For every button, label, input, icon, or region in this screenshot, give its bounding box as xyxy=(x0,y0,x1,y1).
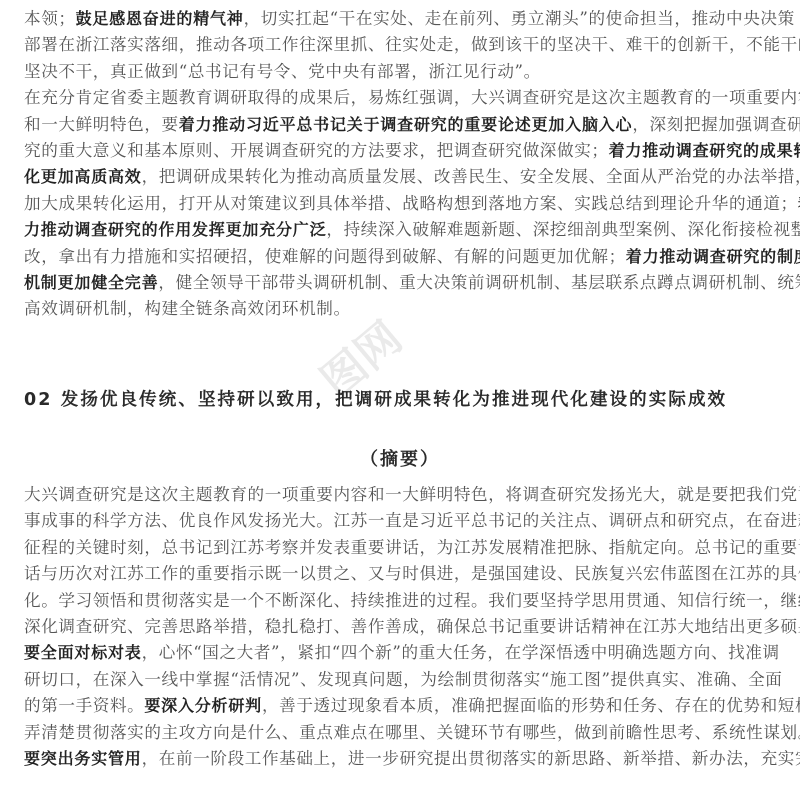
text-line: 高效调研机制，构建全链条高效闭环机制。 xyxy=(24,296,351,322)
text-run: ，善于透过现象看本质，准确把握面临的形势和任务、存在的优势和短板， xyxy=(262,696,800,715)
text-line: 究的重大意义和基本原则、开展调查研究的方法要求，把调查研究做深做实；着力推动调查… xyxy=(24,138,800,164)
text-line: 本领；鼓足感恩奋进的精气神，切实扛起“干在实处、走在前列、勇立潮头”的使命担当，… xyxy=(24,6,795,32)
text-run: ，持续深入破解难题新题、深挖细剖典型案例、深化衔接检视整 xyxy=(326,220,800,239)
bold-phrase: 力推动调查研究的作用发挥更加充分广泛 xyxy=(24,220,326,239)
text-line: 和一大鲜明特色，要着力推动习近平总书记关于调查研究的重要论述更加入脑入心，深刻把… xyxy=(24,112,800,138)
text-line: 机制更加健全完善，健全领导干部带头调研机制、重大决策前调研机制、基层联系点蹲点调… xyxy=(24,270,800,296)
bold-phrase: 着力推动习近平总书记关于调查研究的重要论述更加入脑入心 xyxy=(179,115,633,134)
text-run: 坚决不干，真正做到“总书记有号令、党中央有部署，浙江见行动”。 xyxy=(24,62,541,81)
text-line: 改，拿出有力措施和实招硬招，使难解的问题得到破解、有解的问题更加优解；着力推动调… xyxy=(24,244,800,270)
bold-phrase: 鼓足感恩奋进的精气神 xyxy=(76,9,244,28)
text-line: 大兴调查研究是这次主题教育的一项重要内容和一大鲜明特色，将调查研究发扬光大，就是… xyxy=(24,482,800,508)
text-run: ，把调研成果转化为推动高质量发展、改善民生、安全发展、全面从严治党的办法举措， xyxy=(142,167,800,186)
bold-phrase: 着力推动调查研究的成果转 xyxy=(609,141,800,160)
section-2-heading: 02 发扬优良传统、坚持研以致用，把调研成果转化为推进现代化建设的实际成效 xyxy=(24,386,776,411)
bold-phrase: 着力推动调查研究的制度 xyxy=(626,247,800,266)
text-line: 化。学习领悟和贯彻落实是一个不断深化、持续推进的过程。我们要坚持学思用贯通、知信… xyxy=(24,588,800,614)
text-line: 部署在浙江落实落细，推动各项工作往深里抓、往实处走，做到该干的坚决干、难干的创新… xyxy=(24,32,800,58)
text-run: 改，拿出有力措施和实招硬招，使难解的问题得到破解、有解的问题更加优解； xyxy=(24,247,626,266)
text-line: 弄清楚贯彻落实的主攻方向是什么、重点难点在哪里、关键环节有哪些，做到前瞻性思考、… xyxy=(24,720,800,746)
bold-phrase: 要全面对标对表 xyxy=(24,643,142,662)
text-run: 的第一手资料。 xyxy=(24,696,144,715)
text-run: 加大成果转化运用，打开从对策建议到具体举措、战略构想到落地方案、实践总结到理论升… xyxy=(24,194,798,213)
bold-phrase: 要突出务实管用 xyxy=(24,749,142,768)
text-run: ，切实扛起“干在实处、走在前列、勇立潮头”的使命担当，推动中央决策 xyxy=(244,9,795,28)
text-run: 部署在浙江落实落细，推动各项工作往深里抓、往实处走，做到该干的坚决干、难干的创新… xyxy=(24,35,800,54)
text-line: 话与历次对江苏工作的重要指示既一以贯之、又与时俱进，是强国建设、民族复兴宏伟蓝图… xyxy=(24,561,800,587)
section-2-subheading: （摘要） xyxy=(24,445,776,471)
text-run: 高效调研机制，构建全链条高效闭环机制。 xyxy=(24,299,351,318)
text-line: 在充分肯定省委主题教育调研取得的成果后，易炼红强调，大兴调查研究是这次主题教育的… xyxy=(24,85,800,111)
text-run: 事成事的科学方法、优良作风发扬光大。江苏一直是习近平总书记的关注点、调研点和研究… xyxy=(24,511,800,530)
text-line: 化更加高质高效，把调研成果转化为推动高质量发展、改善民生、安全发展、全面从严治党… xyxy=(24,164,800,190)
text-run: 大兴调查研究是这次主题教育的一项重要内容和一大鲜明特色，将调查研究发扬光大，就是… xyxy=(24,485,800,504)
text-line: 事成事的科学方法、优良作风发扬光大。江苏一直是习近平总书记的关注点、调研点和研究… xyxy=(24,508,800,534)
text-run: 在充分肯定省委主题教育调研取得的成果后，易炼红强调，大兴调查研究是这次主题教育的… xyxy=(24,88,800,107)
text-run: 深化调查研究、完善思路举措，稳扎稳打、善作善成，确保总书记重要讲话精神在江苏大地… xyxy=(24,617,800,636)
text-run: ，在前一阶段工作基础上，进一步研究提出贯彻落实的新思路、新举措、新办法，充实完 xyxy=(142,749,800,768)
text-line: 力推动调查研究的作用发挥更加充分广泛，持续深入破解难题新题、深挖细剖典型案例、深… xyxy=(24,217,800,243)
text-line: 征程的关键时刻，总书记到江苏考察并发表重要讲话，为江苏发展精准把脉、指航定向。总… xyxy=(24,535,800,561)
text-line: 加大成果转化运用，打开从对策建议到具体举措、战略构想到落地方案、实践总结到理论升… xyxy=(24,191,800,217)
bold-phrase: 化更加高质高效 xyxy=(24,167,142,186)
text-run: 化。学习领悟和贯彻落实是一个不断深化、持续推进的过程。我们要坚持学思用贯通、知信… xyxy=(24,591,800,610)
text-run: ，心怀“国之大者”，紧扣“四个新”的重大任务，在学深悟透中明确选题方向、找准调 xyxy=(142,643,780,662)
text-line: 的第一手资料。要深入分析研判，善于透过现象看本质，准确把握面临的形势和任务、存在… xyxy=(24,693,800,719)
text-run: ，健全领导干部带头调研机制、重大决策前调研机制、基层联系点蹲点调研机制、统筹 xyxy=(158,273,800,292)
text-line: 要突出务实管用，在前一阶段工作基础上，进一步研究提出贯彻落实的新思路、新举措、新… xyxy=(24,746,800,772)
text-line: 要全面对标对表，心怀“国之大者”，紧扣“四个新”的重大任务，在学深悟透中明确选题… xyxy=(24,640,780,666)
text-run: 本领； xyxy=(24,9,76,28)
text-line: 研切口，在深入一线中掌握“活情况”、发现真问题，为绘制贯彻落实“施工图”提供真实… xyxy=(24,667,782,693)
text-run: 话与历次对江苏工作的重要指示既一以贯之、又与时俱进，是强国建设、民族复兴宏伟蓝图… xyxy=(24,564,800,583)
text-run: ，深刻把握加强调查研 xyxy=(632,115,800,134)
bold-phrase: 机制更加健全完善 xyxy=(24,273,158,292)
text-run: 究的重大意义和基本原则、开展调查研究的方法要求，把调查研究做深做实； xyxy=(24,141,609,160)
text-run: 弄清楚贯彻落实的主攻方向是什么、重点难点在哪里、关键环节有哪些，做到前瞻性思考、… xyxy=(24,723,800,742)
text-run: 征程的关键时刻，总书记到江苏考察并发表重要讲话，为江苏发展精准把脉、指航定向。总… xyxy=(24,538,800,557)
bold-phrase: 要深入分析研判 xyxy=(144,696,262,715)
text-line: 坚决不干，真正做到“总书记有号令、党中央有部署，浙江见行动”。 xyxy=(24,59,541,85)
text-line: 深化调查研究、完善思路举措，稳扎稳打、善作善成，确保总书记重要讲话精神在江苏大地… xyxy=(24,614,800,640)
text-run: 和一大鲜明特色，要 xyxy=(24,115,179,134)
text-run: 研切口，在深入一线中掌握“活情况”、发现真问题，为绘制贯彻落实“施工图”提供真实… xyxy=(24,670,782,689)
